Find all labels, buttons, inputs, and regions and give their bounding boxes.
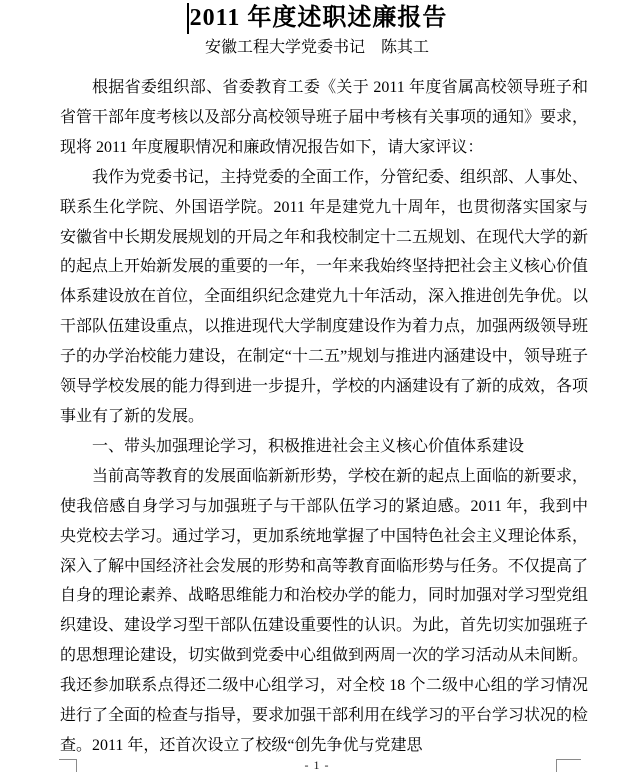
text-cursor (187, 3, 189, 34)
document-page[interactable]: 2011 年度述职述廉报告 安徽工程大学党委书记 陈其工 根据省委组织部、省委教… (0, 0, 634, 780)
section-heading-1[interactable]: 一、带头加强理论学习，积极推进社会主义核心价值体系建设 (60, 432, 588, 462)
paragraph-section-1[interactable]: 当前高等教育的发展面临新新形势，学校在新的起点上面临的新要求，使我倍感自身学习与… (60, 462, 588, 761)
paragraph-intro[interactable]: 根据省委组织部、省委教育工委《关于 2011 年度省属高校领导班子和省管干部年度… (60, 73, 588, 163)
paragraph-overview[interactable]: 我作为党委书记，主持党委的全面工作，分管纪委、组织部、人事处、联系生化学院、外国… (60, 163, 588, 432)
document-body[interactable]: 根据省委组织部、省委教育工委《关于 2011 年度省属高校领导班子和省管干部年度… (60, 73, 588, 761)
document-title-row: 2011 年度述职述廉报告 (0, 2, 634, 34)
document-title[interactable]: 2011 年度述职述廉报告 (190, 2, 448, 34)
page-number: - 1 - (0, 757, 634, 773)
document-subtitle[interactable]: 安徽工程大学党委书记 陈其工 (0, 37, 634, 59)
